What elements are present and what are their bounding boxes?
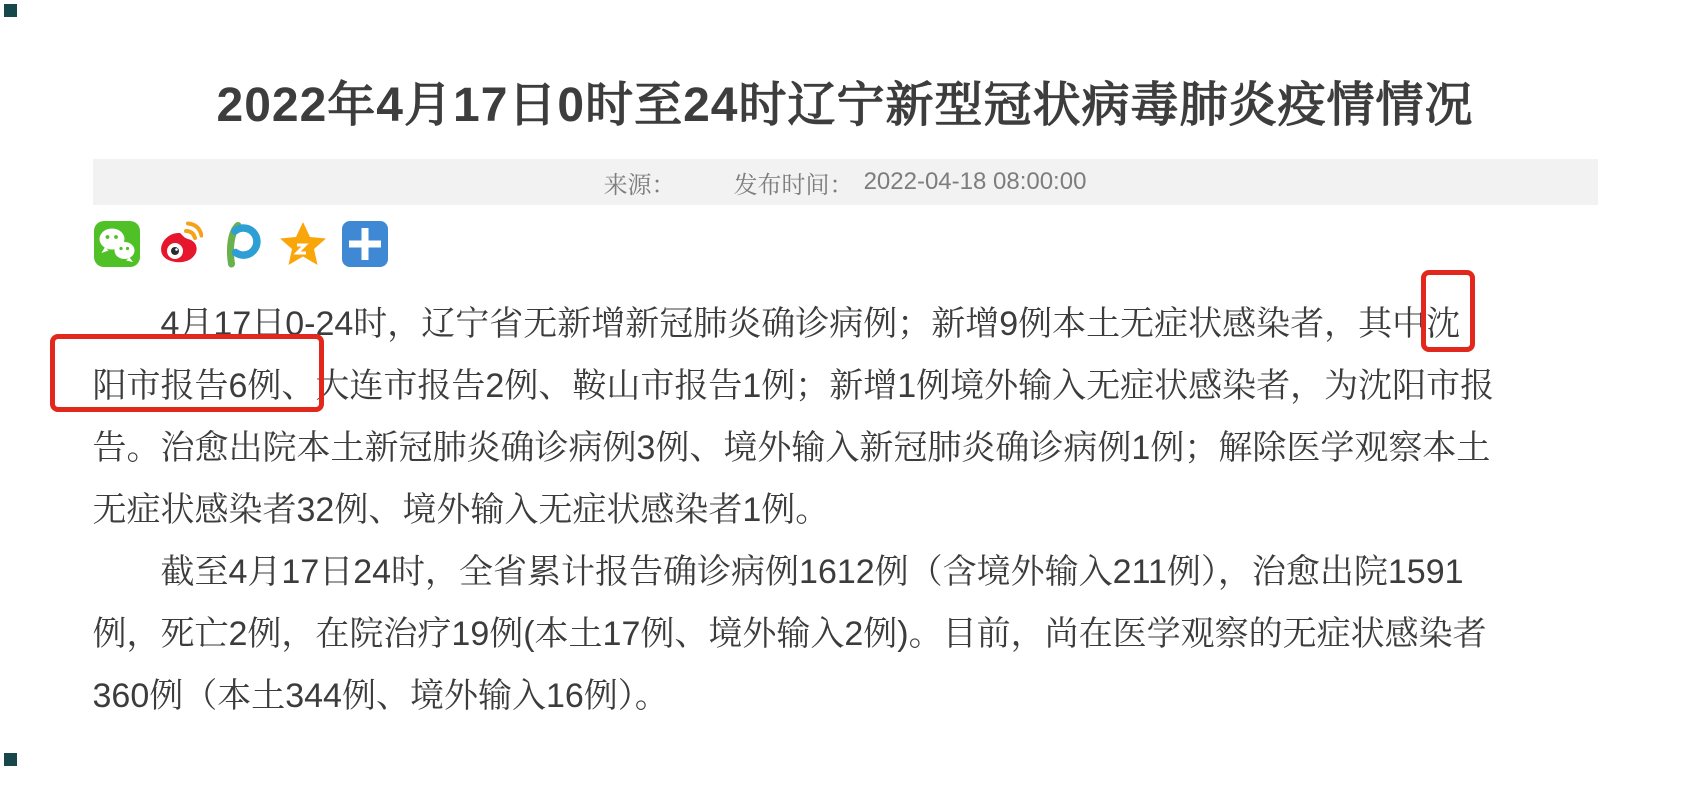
paragraph-1-line-3: 告。治愈出院本土新冠肺炎确诊病例3例、境外输入新冠肺炎确诊病例1例；解除医学观察… — [93, 417, 1598, 479]
paragraph-1-line-1: 4月17日0-24时，辽宁省无新增新冠肺炎确诊病例；新增9例本土无症状感染者，其… — [93, 293, 1598, 355]
page-title: 2022年4月17日0时至24时辽宁新型冠状病毒肺炎疫情情况 — [103, 78, 1588, 133]
paragraph-1-line-4: 无症状感染者32例、境外输入无症状感染者1例。 — [93, 479, 1598, 541]
corner-marker-top — [4, 4, 17, 17]
share-weibo-button[interactable] — [155, 220, 203, 268]
article-page: 2022年4月17日0时至24时辽宁新型冠状病毒肺炎疫情情况 来源： 发布时间：… — [0, 0, 1690, 800]
share-qzone-button[interactable] — [279, 220, 327, 268]
meta-bar: 来源： 发布时间： 2022-04-18 08:00:00 — [93, 159, 1598, 205]
meta-source-label: 来源： — [604, 165, 676, 200]
paragraph-1-line-2: 阳市报告6例、大连市报告2例、鞍山市报告1例；新增1例境外输入无症状感染者，为沈… — [93, 355, 1598, 417]
plus-icon — [341, 220, 389, 268]
share-pengyou-button[interactable] — [217, 220, 265, 268]
p1-l2-text: 大连市报告2例、鞍山市报告1例；新增1例境外输入无症状感染者，为沈阳市报 — [315, 367, 1494, 405]
paragraph-2-line-3: 360例（本土344例、境外输入16例）。 — [93, 665, 1598, 727]
highlight-box-yangshi-6-cases: 阳市报告6例、 — [93, 355, 316, 417]
article-body: 4月17日0-24时，辽宁省无新增新冠肺炎确诊病例；新增9例本土无症状感染者，其… — [93, 293, 1598, 727]
highlight-box-shen: 沈 — [1426, 293, 1460, 355]
paragraph-2-line-1: 截至4月17日24时，全省累计报告确诊病例1612例（含境外输入211例），治愈… — [93, 541, 1598, 603]
share-more-button[interactable] — [341, 220, 389, 268]
meta-publish-time: 2022-04-18 08:00:00 — [864, 168, 1087, 196]
meta-publish-label: 发布时间： — [734, 165, 854, 200]
weibo-icon — [155, 220, 203, 268]
qzone-star-icon — [279, 220, 327, 268]
share-toolbar — [93, 219, 1598, 269]
paragraph-2-line-2: 例，死亡2例，在院治疗19例(本土17例、境外输入2例)。目前，尚在医学观察的无… — [93, 603, 1598, 665]
pengyou-icon — [217, 220, 265, 268]
share-wechat-button[interactable] — [93, 220, 141, 268]
p1-l1-text: 4月17日0-24时，辽宁省无新增新冠肺炎确诊病例；新增9例本土无症状感染者，其… — [161, 305, 1427, 343]
wechat-icon — [93, 220, 141, 268]
corner-marker-bottom — [4, 753, 17, 766]
